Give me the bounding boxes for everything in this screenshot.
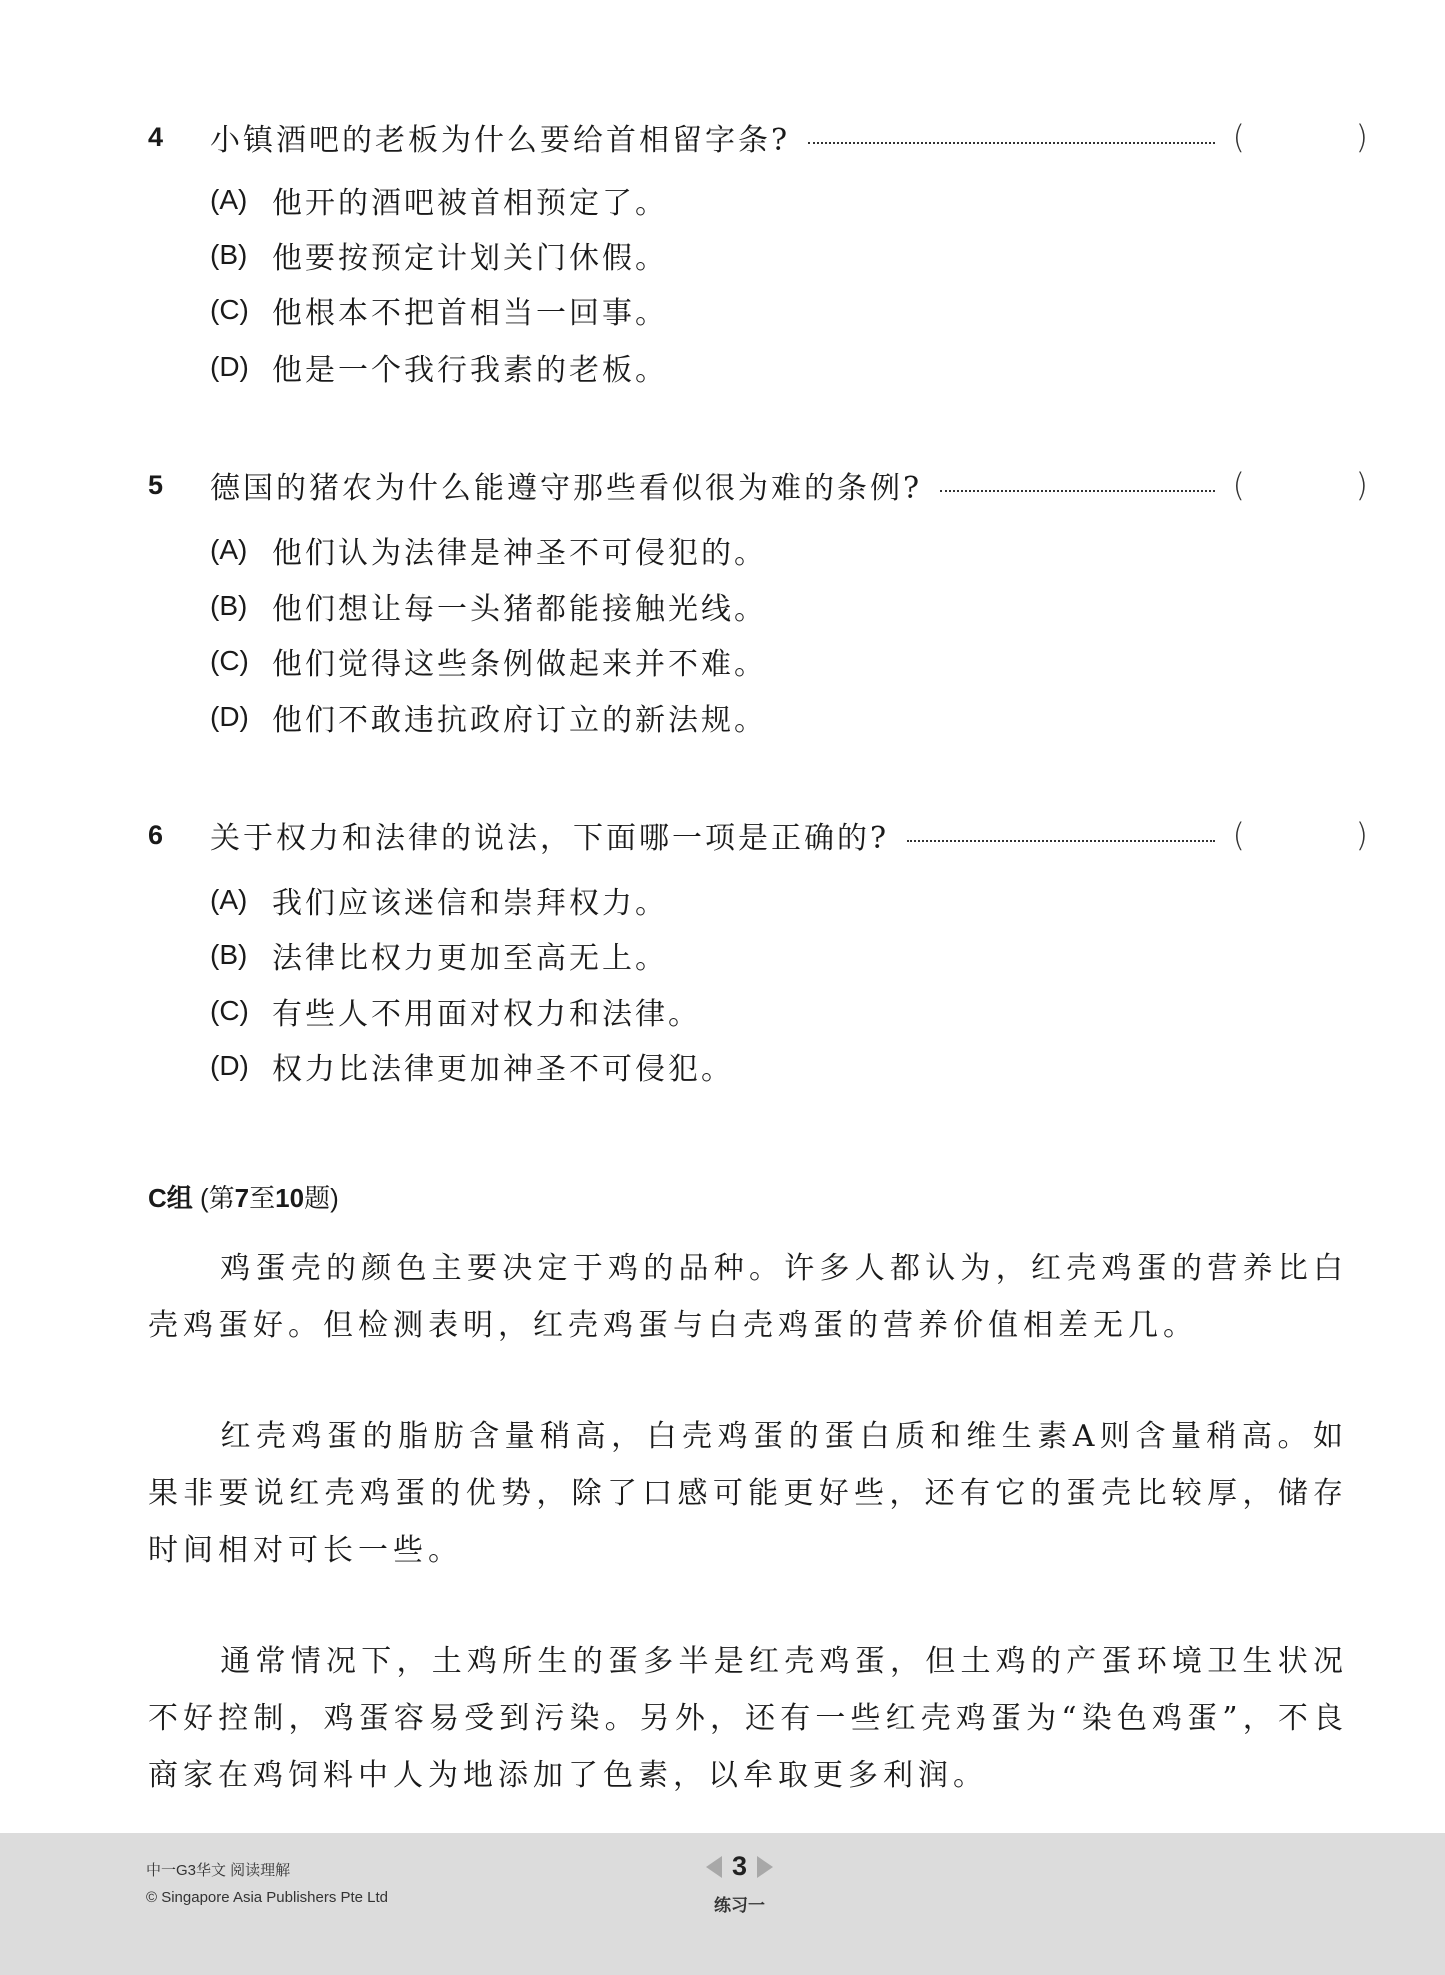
book-title: 中一G3华文 阅读理解: [146, 1857, 388, 1884]
question-6: 6 关于权力和法律的说法，下面哪一项是正确的? ( ): [148, 815, 1368, 855]
chevron-left-icon: [706, 1856, 722, 1878]
question-text: 德国的猪农为什么能遵守那些看似很为难的条例?: [210, 463, 922, 507]
option-a: (A)他们认为法律是神圣不可侵犯的。: [210, 530, 767, 570]
section-range-mid: 至: [249, 1183, 275, 1213]
section-group: C组: [148, 1183, 193, 1213]
option-d: (D)他是一个我行我素的老板。: [210, 347, 668, 387]
exercise-label: 练习一: [714, 1891, 765, 1916]
section-range-end: 10: [275, 1183, 304, 1213]
option-label: (B): [210, 239, 272, 271]
option-b: (B)他们想让每一头猪都能接触光线。: [210, 586, 767, 626]
passage-paragraph-2: 红壳鸡蛋的脂肪含量稍高，白壳鸡蛋的蛋白质和维生素A则含量稍高。如果非要说红壳鸡蛋…: [148, 1408, 1348, 1579]
page-number: 3: [728, 1851, 751, 1882]
passage-paragraph-3: 通常情况下，土鸡所生的蛋多半是红壳鸡蛋，但土鸡的产蛋环境卫生状况不好控制，鸡蛋容…: [148, 1633, 1348, 1804]
option-label: (D): [210, 351, 272, 383]
question-text: 小镇酒吧的老板为什么要给首相留字条?: [210, 115, 790, 159]
section-range-start: 7: [235, 1183, 249, 1213]
dotted-leader: [808, 142, 1214, 144]
option-c: (C)他根本不把首相当一回事。: [210, 290, 668, 330]
answer-paren-close: ): [1356, 118, 1368, 156]
option-label: (B): [210, 590, 272, 622]
option-label: (C): [210, 294, 272, 326]
option-label: (A): [210, 884, 272, 916]
section-range-open: (第: [193, 1183, 235, 1213]
option-c: (C)有些人不用面对权力和法律。: [210, 991, 701, 1031]
answer-paren-open: (: [1233, 466, 1356, 504]
paragraph-text: 通常情况下，土鸡所生的蛋多半是红壳鸡蛋，但土鸡的产蛋环境卫生状况不好控制，鸡蛋容…: [148, 1644, 1348, 1793]
option-label: (A): [210, 534, 272, 566]
copyright: © Singapore Asia Publishers Pte Ltd: [146, 1884, 388, 1911]
option-text: 我们应该迷信和崇拜权力。: [272, 878, 668, 922]
question-number: 6: [148, 820, 210, 851]
option-text: 他们不敢违抗政府订立的新法规。: [272, 695, 767, 739]
option-text: 他们觉得这些条例做起来并不难。: [272, 639, 767, 683]
option-text: 他们认为法律是神圣不可侵犯的。: [272, 528, 767, 572]
chevron-right-icon: [757, 1856, 773, 1878]
page-number-indicator: 3: [706, 1851, 773, 1882]
question-number: 4: [148, 122, 210, 153]
option-text: 有些人不用面对权力和法律。: [272, 989, 701, 1033]
option-b: (B)法律比权力更加至高无上。: [210, 935, 668, 975]
question-5: 5 德国的猪农为什么能遵守那些看似很为难的条例? ( ): [148, 465, 1368, 505]
passage-paragraph-1: 鸡蛋壳的颜色主要决定于鸡的品种。许多人都认为，红壳鸡蛋的营养比白壳鸡蛋好。但检测…: [148, 1240, 1348, 1354]
question-4: 4 小镇酒吧的老板为什么要给首相留字条? ( ): [148, 117, 1368, 157]
page-footer: 中一G3华文 阅读理解 © Singapore Asia Publishers …: [0, 1833, 1445, 1975]
option-b: (B)他要按预定计划关门休假。: [210, 235, 668, 275]
option-text: 他开的酒吧被首相预定了。: [272, 178, 668, 222]
answer-paren-close: ): [1356, 816, 1368, 854]
paragraph-text: 红壳鸡蛋的脂肪含量稍高，白壳鸡蛋的蛋白质和维生素A则含量稍高。如果非要说红壳鸡蛋…: [148, 1419, 1348, 1568]
option-text: 他们想让每一头猪都能接触光线。: [272, 584, 767, 628]
option-text: 他根本不把首相当一回事。: [272, 288, 668, 332]
answer-paren-close: ): [1356, 466, 1368, 504]
option-text: 权力比法律更加神圣不可侵犯。: [272, 1044, 734, 1088]
question-text: 关于权力和法律的说法，下面哪一项是正确的?: [210, 813, 889, 857]
option-label: (C): [210, 645, 272, 677]
answer-paren-open: (: [1233, 816, 1356, 854]
option-text: 法律比权力更加至高无上。: [272, 933, 668, 977]
section-heading: C组 (第7至10题): [148, 1178, 339, 1215]
option-c: (C)他们觉得这些条例做起来并不难。: [210, 641, 767, 681]
option-label: (C): [210, 995, 272, 1027]
option-d: (D)权力比法律更加神圣不可侵犯。: [210, 1046, 734, 1086]
option-text: 他是一个我行我素的老板。: [272, 345, 668, 389]
option-d: (D)他们不敢违抗政府订立的新法规。: [210, 697, 767, 737]
question-number: 5: [148, 470, 210, 501]
option-text: 他要按预定计划关门休假。: [272, 233, 668, 277]
option-a: (A)我们应该迷信和崇拜权力。: [210, 880, 668, 920]
dotted-leader: [940, 490, 1214, 492]
footer-publisher-info: 中一G3华文 阅读理解 © Singapore Asia Publishers …: [146, 1857, 388, 1911]
answer-paren-open: (: [1233, 118, 1356, 156]
option-label: (D): [210, 1050, 272, 1082]
option-label: (D): [210, 701, 272, 733]
option-label: (B): [210, 939, 272, 971]
option-a: (A)他开的酒吧被首相预定了。: [210, 180, 668, 220]
dotted-leader: [907, 840, 1214, 842]
paragraph-text: 鸡蛋壳的颜色主要决定于鸡的品种。许多人都认为，红壳鸡蛋的营养比白壳鸡蛋好。但检测…: [148, 1251, 1348, 1343]
section-range-close: 题): [304, 1183, 339, 1213]
option-label: (A): [210, 184, 272, 216]
